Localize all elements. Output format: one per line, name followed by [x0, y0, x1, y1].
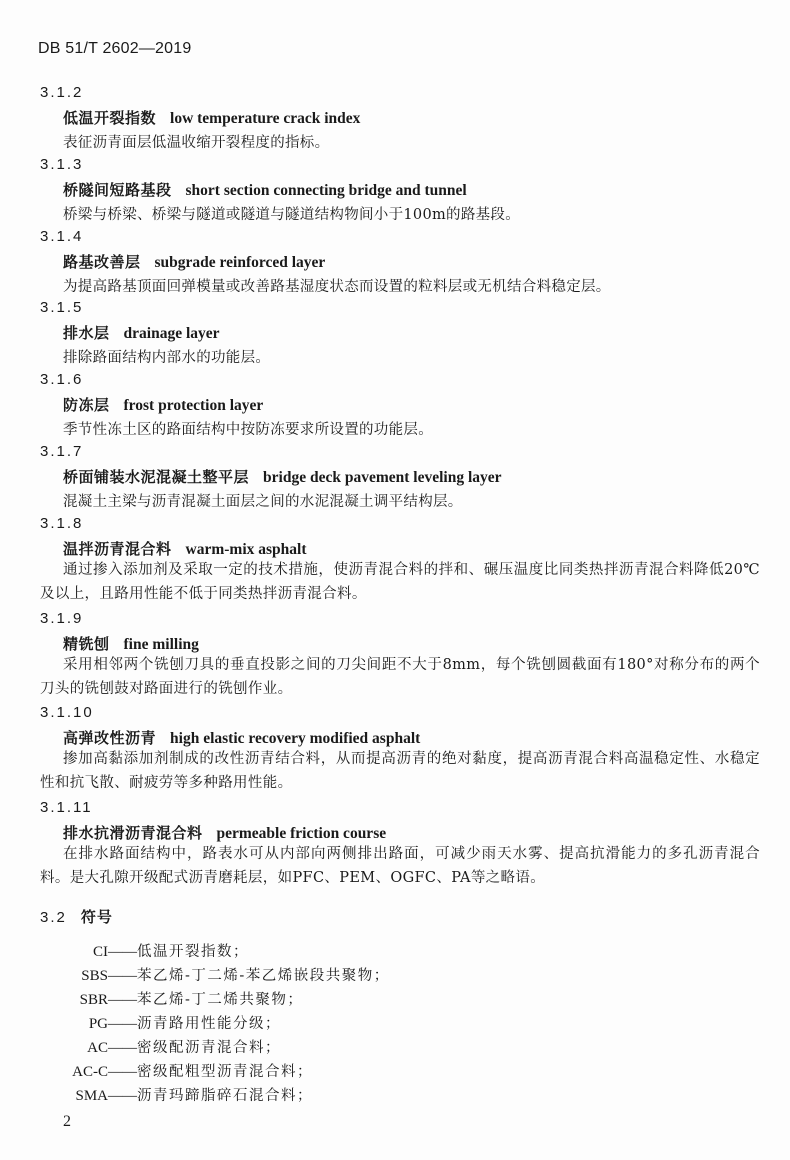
term-zh: 高弹改性沥青: [63, 729, 156, 747]
symbol-desc: 沥青玛蹄脂碎石混合料；: [137, 1084, 313, 1105]
symbol-dash: ——: [108, 1064, 137, 1081]
symbol-dash: ——: [108, 1016, 137, 1033]
term-heading: 桥面铺装水泥混凝土整平层bridge deck pavement levelin…: [63, 466, 502, 487]
term-heading: 低温开裂指数low temperature crack index: [63, 107, 360, 128]
symbol-abbr: CI: [0, 944, 108, 961]
term-heading: 高弹改性沥青high elastic recovery modified asp…: [63, 727, 420, 748]
symbol-dash: ——: [108, 944, 137, 961]
term-definition: 采用相邻两个铣刨刀具的垂直投影之间的刀尖间距不大于8mm，每个铣刨圆截面有180…: [40, 653, 760, 701]
term-number: 3.1.4: [40, 228, 83, 245]
term-en: warm-mix asphalt: [186, 541, 307, 558]
section-title: 符号: [81, 908, 113, 926]
page-number: 2: [63, 1113, 71, 1131]
term-zh: 桥面铺装水泥混凝土整平层: [63, 468, 249, 486]
symbol-dash: ——: [108, 968, 137, 985]
term-definition: 桥梁与桥梁、桥梁与隧道或隧道与隧道结构物间小于100m的路基段。: [63, 203, 520, 224]
term-zh: 路基改善层: [63, 253, 141, 271]
section-number: 3.2: [40, 909, 67, 926]
term-heading: 排水抗滑沥青混合料permeable friction course: [63, 822, 386, 843]
term-en: short section connecting bridge and tunn…: [186, 182, 467, 199]
term-number: 3.1.6: [40, 371, 83, 388]
term-zh: 排水抗滑沥青混合料: [63, 824, 203, 842]
term-number: 3.1.8: [40, 515, 83, 532]
term-definition: 为提高路基顶面回弹模量或改善路基湿度状态而设置的粒料层或无机结合料稳定层。: [63, 275, 611, 296]
term-en: high elastic recovery modified asphalt: [170, 730, 420, 747]
symbol-row: AC-C——密级配粗型沥青混合料；: [0, 1060, 313, 1082]
term-zh: 桥隧间短路基段: [63, 181, 172, 199]
symbol-row: SBR——苯乙烯-丁二烯共聚物；: [0, 988, 303, 1010]
symbol-desc: 苯乙烯-丁二烯-苯乙烯嵌段共聚物；: [137, 964, 390, 985]
term-en: low temperature crack index: [170, 110, 360, 127]
term-definition: 通过掺入添加剂及采取一定的技术措施，使沥青混合料的拌和、碾压温度比同类热拌沥青混…: [40, 558, 760, 606]
term-en: frost protection layer: [124, 397, 264, 414]
term-heading: 桥隧间短路基段short section connecting bridge a…: [63, 179, 467, 200]
term-heading: 温拌沥青混合料warm-mix asphalt: [63, 538, 307, 559]
term-number: 3.1.5: [40, 299, 83, 316]
symbol-desc: 密级配沥青混合料；: [137, 1036, 281, 1057]
term-zh: 温拌沥青混合料: [63, 540, 172, 558]
symbol-desc: 密级配粗型沥青混合料；: [137, 1060, 313, 1081]
term-definition: 掺加高黏添加剂制成的改性沥青结合料，从而提高沥青的绝对黏度，提高沥青混合料高温稳…: [40, 747, 760, 795]
term-en: fine milling: [124, 636, 199, 653]
term-en: permeable friction course: [217, 825, 387, 842]
symbol-row: AC——密级配沥青混合料；: [0, 1036, 281, 1058]
term-heading: 精铣刨fine milling: [63, 633, 199, 654]
term-zh: 精铣刨: [63, 635, 110, 653]
symbol-row: PG——沥青路用性能分级；: [0, 1012, 281, 1034]
symbol-desc: 低温开裂指数；: [137, 940, 249, 961]
symbol-row: SBS——苯乙烯-丁二烯-苯乙烯嵌段共聚物；: [0, 964, 390, 986]
term-number: 3.1.10: [40, 704, 94, 721]
term-heading: 排水层drainage layer: [63, 322, 220, 343]
symbol-abbr: PG: [0, 1016, 108, 1033]
symbol-row: SMA——沥青玛蹄脂碎石混合料；: [0, 1084, 313, 1106]
term-heading: 路基改善层subgrade reinforced layer: [63, 251, 325, 272]
term-number: 3.1.2: [40, 84, 83, 101]
term-number: 3.1.3: [40, 156, 83, 173]
symbol-abbr: AC: [0, 1040, 108, 1057]
symbol-dash: ——: [108, 1040, 137, 1057]
symbol-row: CI——低温开裂指数；: [0, 940, 249, 962]
standard-code-header: DB 51/T 2602—2019: [38, 40, 191, 58]
document-page: DB 51/T 2602—2019 3.1.2 低温开裂指数low temper…: [0, 0, 790, 1160]
term-en: subgrade reinforced layer: [155, 254, 326, 271]
symbol-abbr: SMA: [0, 1088, 108, 1105]
term-definition: 排除路面结构内部水的功能层。: [63, 346, 270, 367]
symbol-dash: ——: [108, 1088, 137, 1105]
symbol-desc: 苯乙烯-丁二烯共聚物；: [137, 988, 303, 1009]
term-number: 3.1.9: [40, 610, 83, 627]
term-number: 3.1.7: [40, 443, 83, 460]
section-heading-symbols: 3.2符号: [40, 906, 113, 927]
term-en: drainage layer: [124, 325, 220, 342]
term-definition: 在排水路面结构中，路表水可从内部向两侧排出路面，可减少雨天水雾、提高抗滑能力的多…: [40, 842, 760, 890]
term-definition: 季节性冻土区的路面结构中按防冻要求所设置的功能层。: [63, 418, 433, 439]
symbol-abbr: SBR: [0, 992, 108, 1009]
symbol-abbr: AC-C: [0, 1064, 108, 1081]
term-definition: 混凝土主梁与沥青混凝土面层之间的水泥混凝土调平结构层。: [63, 490, 463, 511]
term-zh: 防冻层: [63, 396, 110, 414]
term-zh: 排水层: [63, 324, 110, 342]
term-heading: 防冻层frost protection layer: [63, 394, 263, 415]
term-number: 3.1.11: [40, 799, 93, 816]
symbol-desc: 沥青路用性能分级；: [137, 1012, 281, 1033]
symbol-dash: ——: [108, 992, 137, 1009]
term-en: bridge deck pavement leveling layer: [263, 469, 502, 486]
term-definition: 表征沥青面层低温收缩开裂程度的指标。: [63, 131, 329, 152]
symbol-abbr: SBS: [0, 968, 108, 985]
term-zh: 低温开裂指数: [63, 109, 156, 127]
